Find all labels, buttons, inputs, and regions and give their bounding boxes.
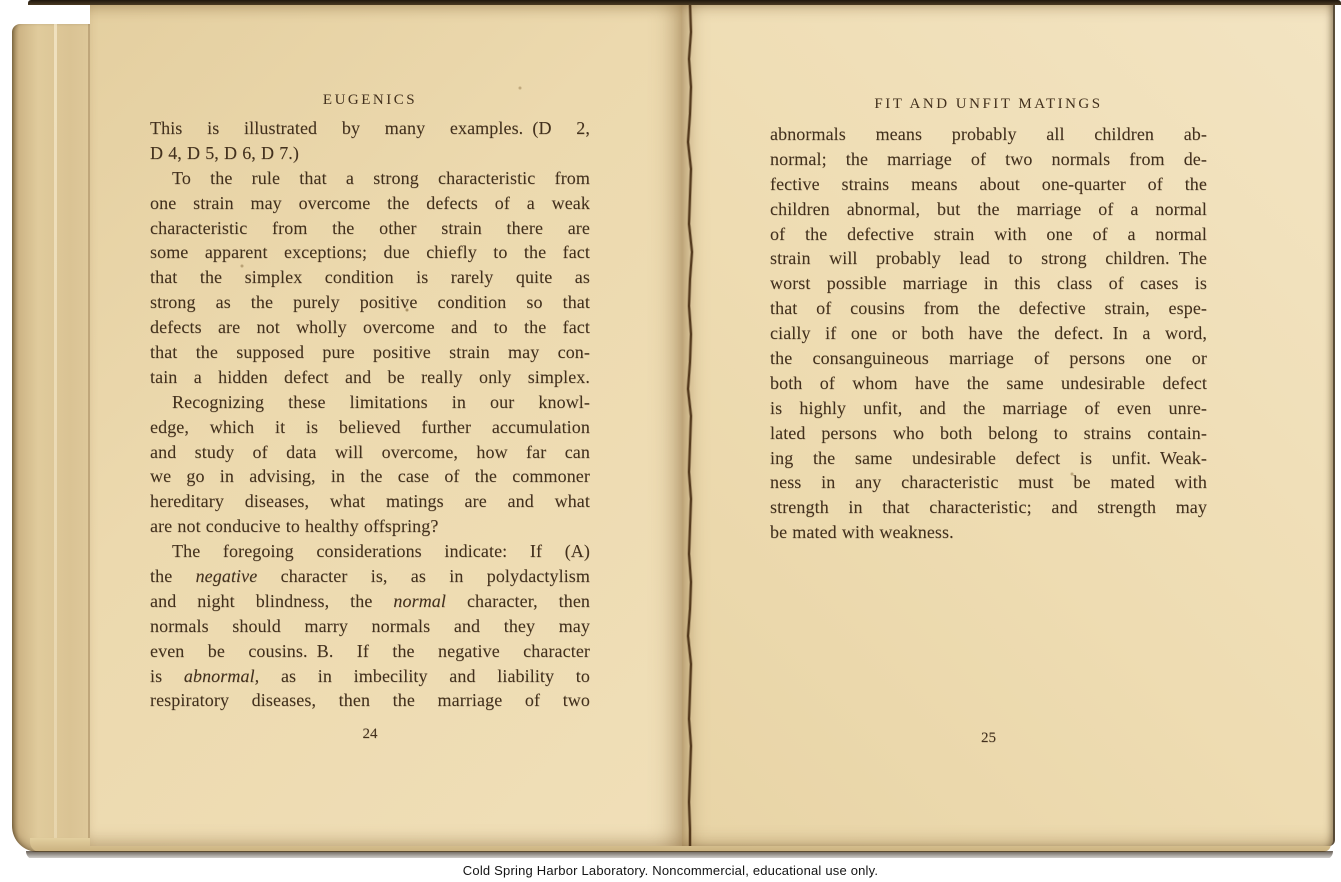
text-line: the consanguineous marriage of persons o… <box>770 346 1207 371</box>
scanned-book-spread: EUGENICS This is illustrated by many exa… <box>0 0 1341 882</box>
text-line: and night blindness, the normal characte… <box>150 589 590 614</box>
text-line: and study of data will overcome, how far… <box>150 440 590 465</box>
text-line: some apparent exceptions; due chiefly to… <box>150 240 590 265</box>
text-line: is abnormal, as in imbecility and liabil… <box>150 664 590 689</box>
text-line: children abnormal, but the marriage of a… <box>770 197 1207 222</box>
text-line: worst possible marriage in this class of… <box>770 271 1207 296</box>
text-line: strong as the purely positive condition … <box>150 290 590 315</box>
text-line: lated persons who both belong to strains… <box>770 421 1207 446</box>
left-page-text: This is illustrated by many examples. (D… <box>150 116 590 713</box>
text-line: that of cousins from the defective strai… <box>770 296 1207 321</box>
text-line: The foregoing considerations indicate: I… <box>150 539 590 564</box>
text-line: abnormals means probably all children ab… <box>770 122 1207 147</box>
credit-line: Cold Spring Harbor Laboratory. Noncommer… <box>463 863 878 878</box>
left-page-number: 24 <box>150 726 590 743</box>
text-line: strength in that characteristic; and str… <box>770 495 1207 520</box>
right-page-number: 25 <box>770 730 1207 747</box>
book-top-edge-shadow <box>28 0 1341 5</box>
text-line: Recognizing these limitations in our kno… <box>150 390 590 415</box>
text-line: even be cousins. B. If the negative char… <box>150 639 590 664</box>
right-page: FIT AND UNFIT MATINGS abnormals means pr… <box>682 4 1335 846</box>
text-line: defects are not wholly overcome and to t… <box>150 315 590 340</box>
text-line: the negative character is, as in polydac… <box>150 564 590 589</box>
text-line: be mated with weakness. <box>770 520 1207 545</box>
text-line: of the defective strain with one of a no… <box>770 222 1207 247</box>
text-line: that the supposed pure positive strain m… <box>150 340 590 365</box>
text-line: tain a hidden defect and be really only … <box>150 365 590 390</box>
right-page-text: abnormals means probably all children ab… <box>770 122 1207 545</box>
text-line: normal; the marriage of two normals from… <box>770 147 1207 172</box>
text-line: that the simplex condition is rarely qui… <box>150 265 590 290</box>
text-line: edge, which it is believed further accum… <box>150 415 590 440</box>
text-line: fective strains means about one-quarter … <box>770 172 1207 197</box>
text-line: respiratory diseases, then the marriage … <box>150 688 590 713</box>
text-line: cially if one or both have the defect. I… <box>770 321 1207 346</box>
cover-crease-highlight <box>54 24 57 852</box>
text-line: are not conducive to healthy offspring? <box>150 514 590 539</box>
spine-tear-line <box>684 4 696 846</box>
text-line: ness in any characteristic must be mated… <box>770 470 1207 495</box>
open-book: EUGENICS This is illustrated by many exa… <box>0 0 1341 862</box>
text-line: we go in advising, in the case of the co… <box>150 464 590 489</box>
text-line: strain will probably lead to strong chil… <box>770 246 1207 271</box>
left-page: EUGENICS This is illustrated by many exa… <box>90 4 682 846</box>
text-line: both of whom have the same undesirable d… <box>770 371 1207 396</box>
right-running-head: FIT AND UNFIT MATINGS <box>770 96 1207 113</box>
text-line: one strain may overcome the defects of a… <box>150 191 590 216</box>
text-line: D 4, D 5, D 6, D 7.) <box>150 141 590 166</box>
text-line: hereditary diseases, what matings are an… <box>150 489 590 514</box>
text-line: characteristic from the other strain the… <box>150 216 590 241</box>
text-line: is highly unfit, and the marriage of eve… <box>770 396 1207 421</box>
text-line: To the rule that a strong characteristic… <box>150 166 590 191</box>
text-line: This is illustrated by many examples. (D… <box>150 116 590 141</box>
left-running-head: EUGENICS <box>150 92 590 109</box>
text-line: normals should marry normals and they ma… <box>150 614 590 639</box>
credit-footer: Cold Spring Harbor Laboratory. Noncommer… <box>0 858 1341 882</box>
text-line: ing the same undesirable defect is unfit… <box>770 446 1207 471</box>
